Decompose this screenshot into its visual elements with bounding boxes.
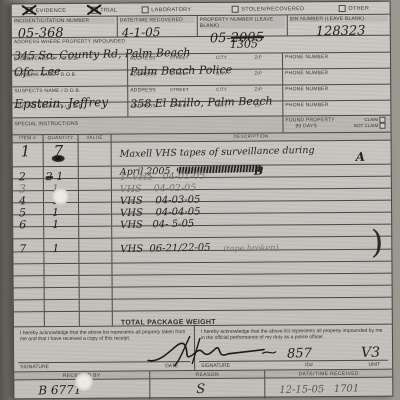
reason-field: S — [149, 379, 264, 400]
phone-label: PHONE NUMBER — [285, 54, 388, 61]
incident-number-label: INCIDENT/CITATION NUMBER — [14, 18, 115, 25]
found-property-days-label: 90 DAYS — [295, 123, 317, 129]
item-note-a: A — [355, 151, 365, 163]
bin-number-label: BIN NUMBER (Leave Blank) — [290, 16, 388, 23]
suspect-name-field: SUSPECTS NAME / D.O.B. Epstein, Jeffrey — [12, 87, 127, 103]
checkbox-square — [90, 6, 97, 13]
not-claim-option: NOT CLAIM — [354, 123, 389, 129]
case-numbers-row: INCIDENT/CITATION NUMBER 05-368 DATE/TIM… — [12, 15, 390, 39]
address-label: ADDRESS — [130, 87, 156, 93]
ack-left-text: I hereby acknowledge that the above list… — [16, 327, 192, 342]
checkbox-square — [141, 6, 148, 13]
checkbox-label: OTHER — [348, 5, 369, 11]
addtl-address-field: ADDRESSStreet City Zip — [127, 101, 282, 116]
phone-label: PHONE NUMBER — [285, 102, 388, 109]
discovered-address-field: ADDRESSStreet City Zip Palm Beach Police — [127, 53, 282, 69]
value-col-header: VALUE — [78, 135, 111, 142]
checkbox-square — [26, 7, 33, 14]
address-sublabels: Street City Zip — [170, 55, 262, 61]
incident-number-field: INCIDENT/CITATION NUMBER 05-368 — [12, 17, 117, 38]
discovered-by-field: DISCOVERED BY / D.O.B. Ofc. Lee — [12, 55, 127, 71]
phone-label: PHONE NUMBER — [285, 70, 388, 77]
discovered-phone-field: PHONE NUMBER — [282, 53, 390, 69]
address-impounded-label: ADDRESS WHERE PROPERTY IMPOUNDED — [14, 37, 388, 46]
acknowledgement-row: I hereby acknowledge that the above list… — [14, 325, 392, 373]
addtl-suspect-field: ADD'TNL SUSPECT / D.O.B. — [12, 103, 127, 118]
address-sublabels: Street City Zip — [170, 87, 262, 93]
date-label: DATE — [165, 363, 178, 369]
datetime-received-value: 12-15-05 1701 — [279, 384, 359, 396]
checkbox-label: TRIAL — [100, 7, 117, 13]
datetime-received-field: 12-15-05 1701 — [264, 378, 392, 399]
item-note-b: B — [254, 166, 264, 177]
receipt-values-row: B 6771 S 12-15-05 1701 — [14, 378, 392, 400]
phone-label: PHONE NUMBER — [285, 86, 388, 93]
suspect-address-field: ADDRESSStreet City Zip 358 El Brillo, Pa… — [127, 85, 282, 101]
id-value: 857 — [287, 347, 312, 361]
owner-phone-field: PHONE NUMBER — [282, 69, 390, 85]
address-label: ADDRESS — [130, 55, 156, 61]
checkbox-other: OTHER — [338, 4, 369, 11]
not-claim-checkbox — [379, 123, 385, 129]
date-recovered-label: DATE/TIME RECOVERED — [120, 17, 195, 24]
unit-label: UNIT — [368, 362, 380, 368]
suspect-phone-field: PHONE NUMBER — [282, 85, 390, 101]
item-number: 1 — [21, 144, 31, 159]
ack-right-text: I hereby acknowledge that the above list… — [197, 326, 390, 341]
item-row-1: 1 7 Maxell VHS tapes of surveillance dur… — [13, 141, 391, 168]
address-sublabels: Street City Zip — [170, 103, 262, 109]
address-impounded-field: ADDRESS WHERE PROPERTY IMPOUNDED 345 So.… — [12, 36, 390, 55]
signature-label: SIGNATURE — [201, 363, 230, 369]
checkbox-trial: TRIAL — [90, 6, 117, 13]
checkbox-label: STOLEN/RECOVERED — [241, 6, 304, 12]
address-impounded-extra: 1305 — [230, 38, 258, 50]
date-recovered-field: DATE/TIME RECOVERED 4-1-05 — [117, 16, 197, 37]
addtl-phone-field: PHONE NUMBER — [282, 101, 390, 116]
item-description-line1: Maxell VHS tapes of surveillance during — [120, 146, 315, 160]
found-property-field: FOUND PROPERTY CLAIM 90 DAYS NOT CLAIM — [282, 116, 390, 133]
unit-value: V3 — [361, 346, 380, 360]
property-number-label: PROPERTY NUMBER (Leave Blank) — [200, 16, 285, 29]
special-instructions-label: SPECIAL INSTRUCTIONS — [14, 119, 280, 127]
checkbox-stolen-recovered: STOLEN/RECOVERED — [231, 5, 304, 13]
owner-name-label: OWNER'S NAME / D.O.B. — [14, 72, 125, 79]
address-label: ADDRESS — [130, 71, 156, 77]
scanned-evidence-receipt: EVIDENCE TRIAL LABORATORY STOLEN/RECOVER… — [0, 0, 400, 400]
address-label: ADDRESS — [130, 103, 156, 109]
special-instructions-field: SPECIAL INSTRUCTIONS — [12, 116, 282, 134]
signature-label: SIGNATURE — [20, 364, 49, 370]
address-sublabels: Street City Zip — [170, 71, 262, 77]
owner-name-field: OWNER'S NAME / D.O.B. — [12, 71, 127, 87]
ack-right-block: I hereby acknowledge that the above list… — [194, 325, 392, 370]
id-label: ID# — [305, 362, 313, 368]
suspect-name-label: SUSPECTS NAME / D.O.B. — [14, 88, 125, 95]
hole-punch — [52, 188, 69, 205]
hole-punch — [75, 373, 93, 391]
checkbox-label: EVIDENCE — [36, 7, 67, 13]
datetime-received-header: DATE/TIME RECEIVED — [264, 370, 392, 378]
checkbox-evidence: EVIDENCE — [26, 6, 67, 13]
ack-left-block: I hereby acknowledge that the above list… — [14, 326, 194, 371]
checkbox-label: LABORATORY — [151, 7, 191, 13]
checkbox-square — [231, 5, 238, 12]
bin-number-field: BIN NUMBER (Leave Blank) 128323 — [287, 15, 390, 36]
checkbox-laboratory: LABORATORY — [141, 6, 191, 13]
reason-header: REASON — [149, 371, 264, 379]
addtl-suspect-label: ADD'TNL SUSPECT / D.O.B. — [14, 104, 125, 111]
owner-address-field: ADDRESSStreet City Zip — [127, 69, 282, 85]
scribbled-out-mark — [52, 155, 65, 162]
discovered-by-label: DISCOVERED BY / D.O.B. — [14, 56, 125, 63]
reason-value: S — [196, 383, 205, 396]
checkbox-square — [338, 4, 345, 11]
property-number-field: PROPERTY NUMBER (Leave Blank) 05-2005 — [197, 15, 287, 36]
